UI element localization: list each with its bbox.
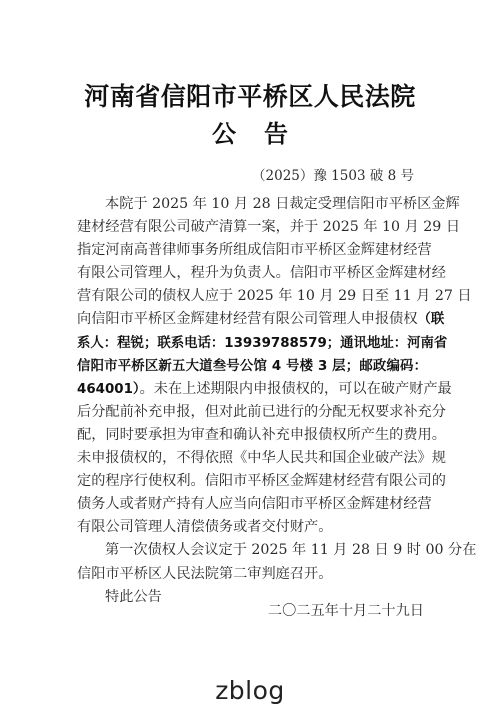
body-line: 系人：程锐；联系电话：13939788579；通讯地址：河南省 bbox=[77, 332, 427, 355]
signature-date: 二〇二五年十月二十九日 bbox=[268, 600, 424, 623]
body-line: 有限公司管理人，程升为负责人。信阳市平桥区金辉建材经 bbox=[77, 262, 427, 285]
body-line: 建材经营有限公司破产清算一案，并于 2025 年 10 月 29 日 bbox=[77, 216, 427, 239]
contact-info-bold: （联 bbox=[418, 312, 445, 327]
body-line: 未申报债权的，不得依照《中华人民共和国企业破产法》规 bbox=[77, 447, 427, 470]
body-line: 第一次债权人会议定于 2025 年 11 月 28 日 9 时 00 分在 bbox=[77, 539, 427, 562]
body-line: 有限公司管理人清偿债务或者交付财产。 bbox=[77, 516, 427, 539]
notice-body: 本院于 2025 年 10 月 28 日裁定受理信阳市平桥区金辉 建材经营有限公… bbox=[77, 193, 427, 609]
body-line: 债务人或者财产持有人应当向信阳市平桥区金辉建材经营 bbox=[77, 493, 427, 516]
body-line: 配，同时要承担为审查和确认补充申报债权所产生的费用。 bbox=[77, 424, 427, 447]
contact-info-bold: 464001） bbox=[77, 382, 140, 397]
case-number: （2025）豫 1503 破 8 号 bbox=[252, 165, 414, 187]
notice-title: 公告 bbox=[0, 117, 500, 151]
notice-title-char-2: 告 bbox=[264, 117, 288, 151]
body-line: 指定河南高普律师事务所组成信阳市平桥区金辉建材经营 bbox=[77, 239, 427, 262]
body-line: 向信阳市平桥区金辉建材经营有限公司管理人申报债权（联 bbox=[77, 308, 427, 331]
body-line: 信阳市平桥区新五大道叁号公馆 4 号楼 3 层；邮政编码： bbox=[77, 355, 427, 378]
body-line: 本院于 2025 年 10 月 28 日裁定受理信阳市平桥区金辉 bbox=[77, 193, 427, 216]
paragraph-2: 第一次债权人会议定于 2025 年 11 月 28 日 9 时 00 分在 信阳… bbox=[77, 539, 427, 585]
watermark-logo: zblog bbox=[0, 676, 500, 705]
body-line: 定的程序行使权利。信阳市平桥区金辉建材经营有限公司的 bbox=[77, 470, 427, 493]
body-line: 464001）。未在上述期限内申报债权的，可以在破产财产最 bbox=[77, 378, 427, 401]
body-line: 后分配前补充申报，但对此前已进行的分配无权要求补充分 bbox=[77, 401, 427, 424]
body-line-text: 。未在上述期限内申报债权的，可以在破产财产最 bbox=[140, 381, 452, 397]
body-line: 信阳市平桥区人民法院第二审判庭召开。 bbox=[77, 563, 427, 586]
court-name-heading: 河南省信阳市平桥区人民法院 bbox=[0, 80, 500, 114]
paragraph-1: 本院于 2025 年 10 月 28 日裁定受理信阳市平桥区金辉 建材经营有限公… bbox=[77, 193, 427, 539]
body-line: 营有限公司的债权人应于 2025 年 10 月 29 日至 11 月 27 日 bbox=[77, 285, 427, 308]
notice-title-char-1: 公 bbox=[212, 117, 236, 151]
body-line-text: 向信阳市平桥区金辉建材经营有限公司管理人申报债权 bbox=[77, 311, 418, 327]
contact-info-bold: 信阳市平桥区新五大道叁号公馆 4 号楼 3 层；邮政编码： bbox=[77, 359, 427, 374]
contact-info-bold: 系人：程锐；联系电话：13939788579；通讯地址：河南省 bbox=[77, 336, 447, 351]
